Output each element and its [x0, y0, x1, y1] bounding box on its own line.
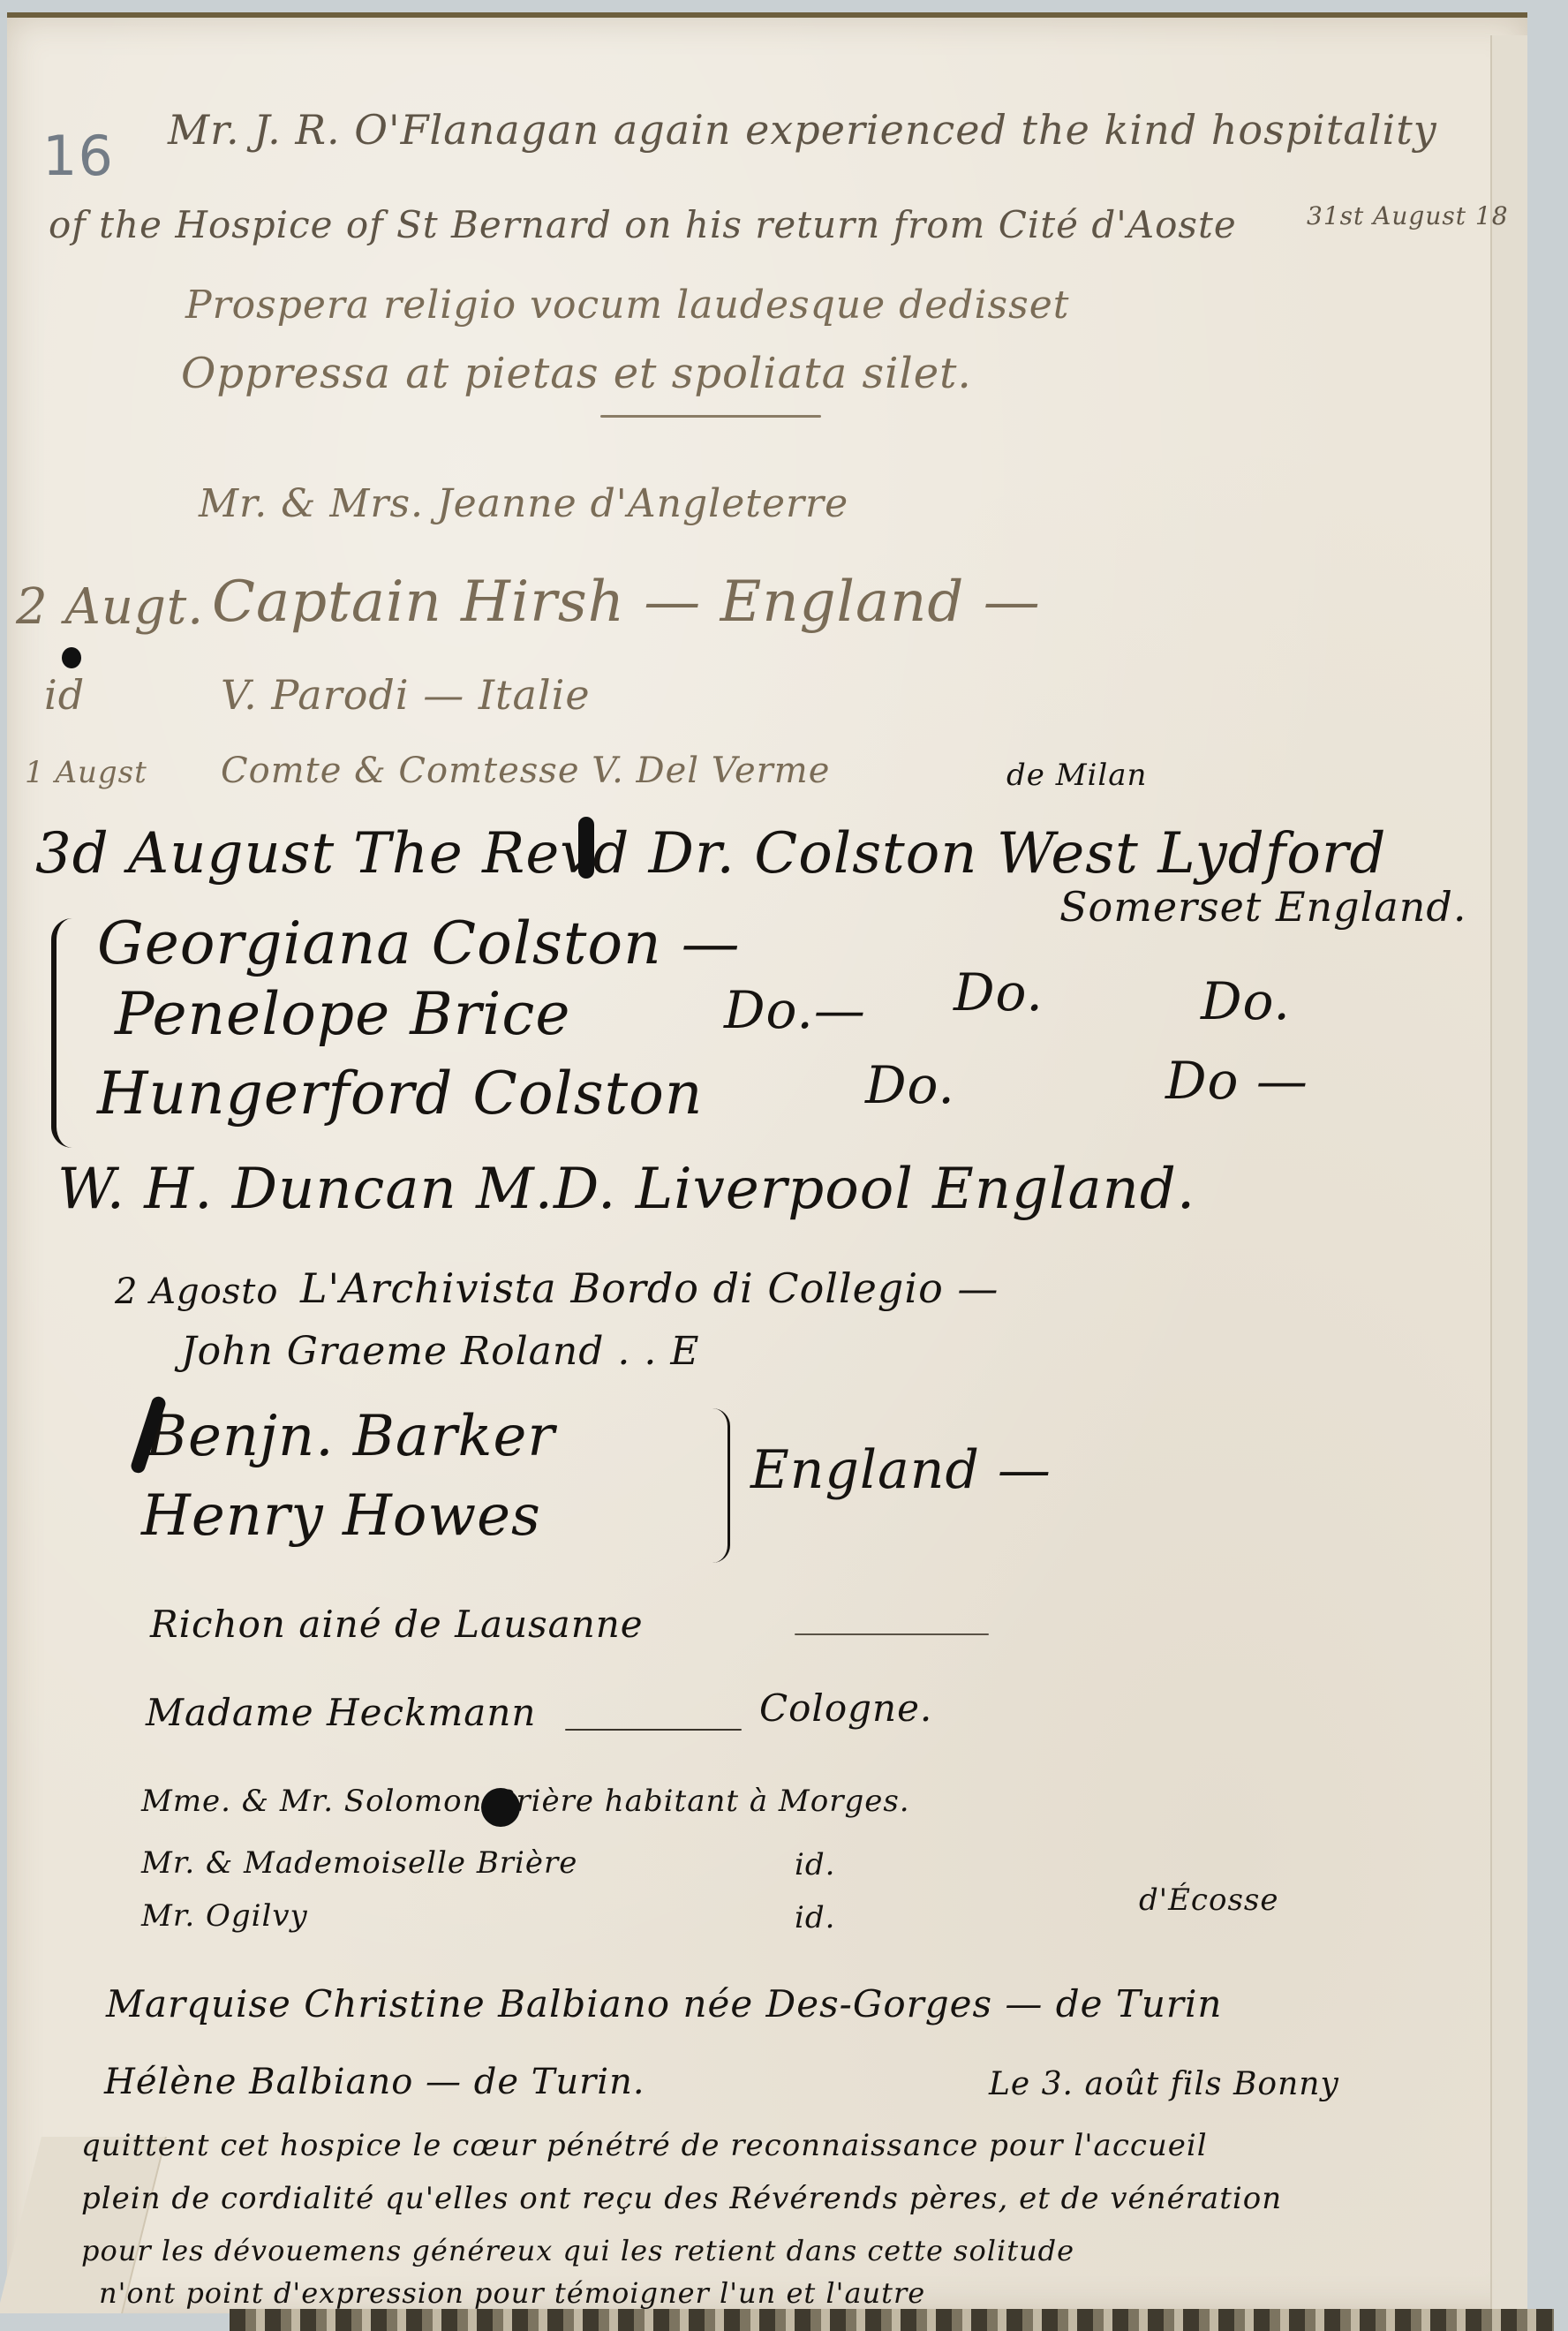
entry-solomon-briere: Mme. & Mr. Solomon Brière habitant à Mor… [141, 1784, 910, 1819]
group-bracket [706, 1408, 730, 1563]
entry-hungerford: Hungerford Colston [97, 1060, 703, 1128]
ditto-mark: Do — [1165, 1051, 1308, 1111]
line-rule [565, 1729, 742, 1731]
entry-hirsh: Captain Hirsh — England — [212, 570, 1041, 635]
latin-verse-2: Oppressa at pietas et spoliata silet. [181, 349, 972, 398]
entry-richon: Richon ainé de Lausanne [150, 1603, 644, 1646]
entry-colston: The Revd Dr. Colston West Lydford [353, 821, 1386, 886]
closing-text-line: plein de cordialité qu'elles ont reçu de… [81, 2181, 1282, 2216]
closing-text-line: pour les dévouemens généreux qui les ret… [81, 2234, 1074, 2267]
entry-marquise: Marquise Christine Balbiano née Des-Gorg… [106, 1982, 1222, 2025]
entry-parodi: V. Parodi — Italie [221, 671, 591, 719]
line-rule [795, 1633, 989, 1635]
entry-heckmann: Madame Heckmann [146, 1691, 536, 1734]
ink-blot [481, 1788, 520, 1827]
group-brace [51, 918, 90, 1148]
entry-date: 2 Agosto [115, 1271, 278, 1312]
entry-graeme: John Graeme Roland . . E [181, 1329, 699, 1374]
heading-line-1: Mr. J. R. O'Flanagan again experienced t… [168, 106, 1437, 154]
entry-duncan: W. H. Duncan M.D. Liverpool England. [57, 1157, 1195, 1222]
ink-blot [62, 647, 81, 668]
ditto-mark: Do. [954, 962, 1044, 1022]
entry-mlle-briere-place: id. [795, 1847, 835, 1882]
entry-ogilvy-origin: d'Écosse [1139, 1882, 1278, 1918]
entry-howes: Henry Howes [141, 1483, 541, 1549]
entry-date: 3d August [35, 821, 335, 886]
entry-del-verme: Comte & Comtesse V. Del Verme [221, 751, 830, 791]
entry-jeanne: Mr. & Mrs. Jeanne d'Angleterre [199, 481, 848, 526]
ditto-mark: Do.— [724, 980, 866, 1040]
entry-ogilvy: Mr. Ogilvy [141, 1898, 308, 1934]
closing-text-line: quittent cet hospice le cœur pénétré de … [81, 2128, 1208, 2163]
entry-helene: Hélène Balbiano — de Turin. [104, 2062, 645, 2102]
entry-georgiana: Georgiana Colston — [97, 909, 741, 977]
entry-mlle-briere: Mr. & Mademoiselle Brière [141, 1845, 577, 1881]
ditto-mark: Do. [865, 1055, 955, 1115]
entry-del-verme-origin: de Milan [1006, 758, 1147, 793]
page-number: 16 [42, 124, 114, 188]
entry-archivista: L'Archivista Bordo di Collegio — [300, 1264, 999, 1312]
ditto-mark: Do. [1201, 971, 1291, 1031]
entry-date: 1 Augst [25, 755, 147, 790]
page-stack-edge [230, 2309, 1554, 2331]
closing-text-line: n'ont point d'expression pour témoigner … [99, 2276, 925, 2310]
binding-edge [1490, 35, 1527, 2331]
verse-underline [600, 415, 821, 418]
entry-date: 2 Augt. [16, 578, 204, 636]
entry-heckmann-place: Cologne. [759, 1686, 932, 1730]
heading-date: 31st August 18 [1307, 201, 1509, 230]
entry-date: id [44, 671, 85, 719]
heading-line-2: of the Hospice of St Bernard on his retu… [49, 203, 1237, 246]
entry-penelope: Penelope Brice [115, 980, 570, 1048]
latin-verse-1: Prospera religio vocum laudesque dedisse… [185, 283, 1069, 328]
entry-barker: Benjn. Barker [146, 1404, 555, 1469]
ink-blot [578, 817, 594, 879]
entry-georgiana-place: Somerset England. [1059, 883, 1466, 931]
entry-helene-note: Le 3. août fils Bonny [989, 2066, 1339, 2102]
entry-ogilvy-place: id. [795, 1900, 835, 1935]
entry-howes-place: England — [750, 1439, 1052, 1501]
